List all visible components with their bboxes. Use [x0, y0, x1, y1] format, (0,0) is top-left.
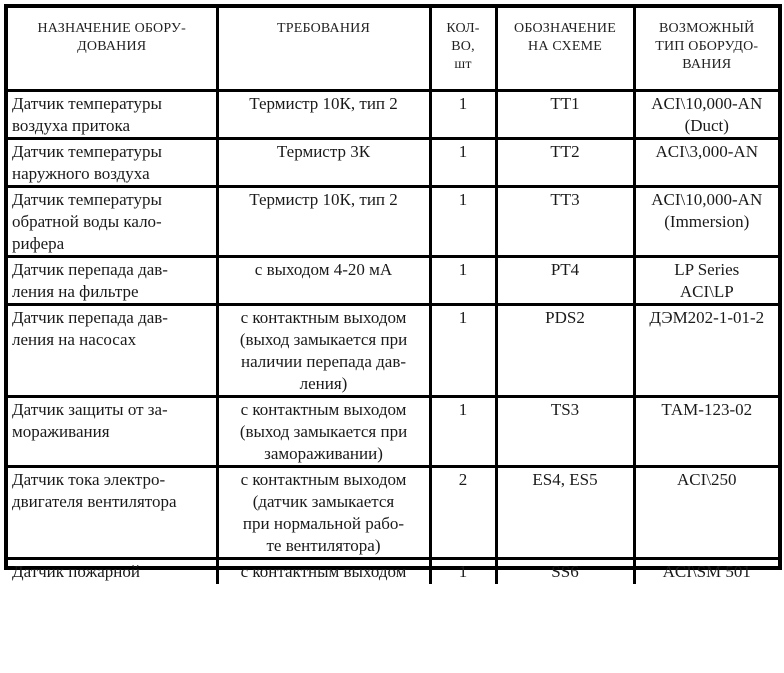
cell-purpose: Датчик температуры наружного воздуха	[8, 138, 217, 186]
table-row: Датчик температуры воздуха притока Терми…	[8, 90, 778, 138]
table-row: Датчик перепада дав- ления на фильтре с …	[8, 256, 778, 304]
header-requirements: ТРЕБОВАНИЯ	[217, 8, 430, 90]
table-row: Датчик пожарной с контактным выходом 1 S…	[8, 558, 778, 584]
table-row: Датчик защиты от за- мораживания с конта…	[8, 396, 778, 466]
cell-purpose: Датчик температуры воздуха притока	[8, 90, 217, 138]
cell-designation: TT3	[496, 186, 634, 256]
cell-purpose: Датчик тока электро- двигателя вентилято…	[8, 466, 217, 558]
cell-designation: TT2	[496, 138, 634, 186]
table-row: Датчик температуры обратной воды кало- р…	[8, 186, 778, 256]
cell-quantity: 1	[430, 138, 496, 186]
cell-designation: ES4, ES5	[496, 466, 634, 558]
cell-equipment-type: ACI\SM 501	[634, 558, 778, 584]
cell-designation: SS6	[496, 558, 634, 584]
cell-designation: TT1	[496, 90, 634, 138]
header-equipment-type: ВОЗМОЖНЫЙ ТИП ОБОРУДО- ВАНИЯ	[634, 8, 778, 90]
cell-designation: PT4	[496, 256, 634, 304]
table-row: Датчик температуры наружного воздуха Тер…	[8, 138, 778, 186]
table-row: Датчик тока электро- двигателя вентилято…	[8, 466, 778, 558]
cell-requirements: с выходом 4-20 мА	[217, 256, 430, 304]
cell-requirements: с контактным выходом (выход замыкается п…	[217, 304, 430, 396]
cell-designation: PDS2	[496, 304, 634, 396]
cell-requirements: с контактным выходом (выход замыкается п…	[217, 396, 430, 466]
cell-purpose: Датчик перепада дав- ления на фильтре	[8, 256, 217, 304]
cell-quantity: 1	[430, 304, 496, 396]
cell-quantity: 1	[430, 186, 496, 256]
header-quantity: КОЛ- ВО, шт	[430, 8, 496, 90]
table-header-row: НАЗНАЧЕНИЕ ОБОРУ- ДОВАНИЯ ТРЕБОВАНИЯ КОЛ…	[8, 8, 778, 90]
cell-quantity: 1	[430, 558, 496, 584]
cell-requirements: с контактным выходом	[217, 558, 430, 584]
cell-quantity: 1	[430, 256, 496, 304]
cell-equipment-type: ACI\250	[634, 466, 778, 558]
cell-quantity: 1	[430, 90, 496, 138]
equipment-spec-table-frame: НАЗНАЧЕНИЕ ОБОРУ- ДОВАНИЯ ТРЕБОВАНИЯ КОЛ…	[4, 4, 782, 570]
cell-quantity: 2	[430, 466, 496, 558]
cell-equipment-type: ТАМ-123-02	[634, 396, 778, 466]
header-purpose: НАЗНАЧЕНИЕ ОБОРУ- ДОВАНИЯ	[8, 8, 217, 90]
cell-requirements: Термистр 10К, тип 2	[217, 186, 430, 256]
cell-equipment-type: ACI\10,000-AN (Immersion)	[634, 186, 778, 256]
cell-equipment-type: ACI\10,000-AN (Duct)	[634, 90, 778, 138]
cell-purpose: Датчик температуры обратной воды кало- р…	[8, 186, 217, 256]
cell-purpose: Датчик перепада дав- ления на насосах	[8, 304, 217, 396]
cell-equipment-type: LP Series ACI\LP	[634, 256, 778, 304]
cell-requirements: Термистр 3К	[217, 138, 430, 186]
cell-purpose: Датчик защиты от за- мораживания	[8, 396, 217, 466]
cell-requirements: с контактным выходом (датчик замыкается …	[217, 466, 430, 558]
cell-equipment-type: ДЭМ202-1-01-2	[634, 304, 778, 396]
equipment-spec-table: НАЗНАЧЕНИЕ ОБОРУ- ДОВАНИЯ ТРЕБОВАНИЯ КОЛ…	[8, 8, 778, 584]
cell-designation: TS3	[496, 396, 634, 466]
cell-quantity: 1	[430, 396, 496, 466]
cell-purpose: Датчик пожарной	[8, 558, 217, 584]
cell-equipment-type: ACI\3,000-AN	[634, 138, 778, 186]
header-designation: ОБОЗНАЧЕНИЕ НА СХЕМЕ	[496, 8, 634, 90]
table-row: Датчик перепада дав- ления на насосах с …	[8, 304, 778, 396]
cell-requirements: Термистр 10К, тип 2	[217, 90, 430, 138]
